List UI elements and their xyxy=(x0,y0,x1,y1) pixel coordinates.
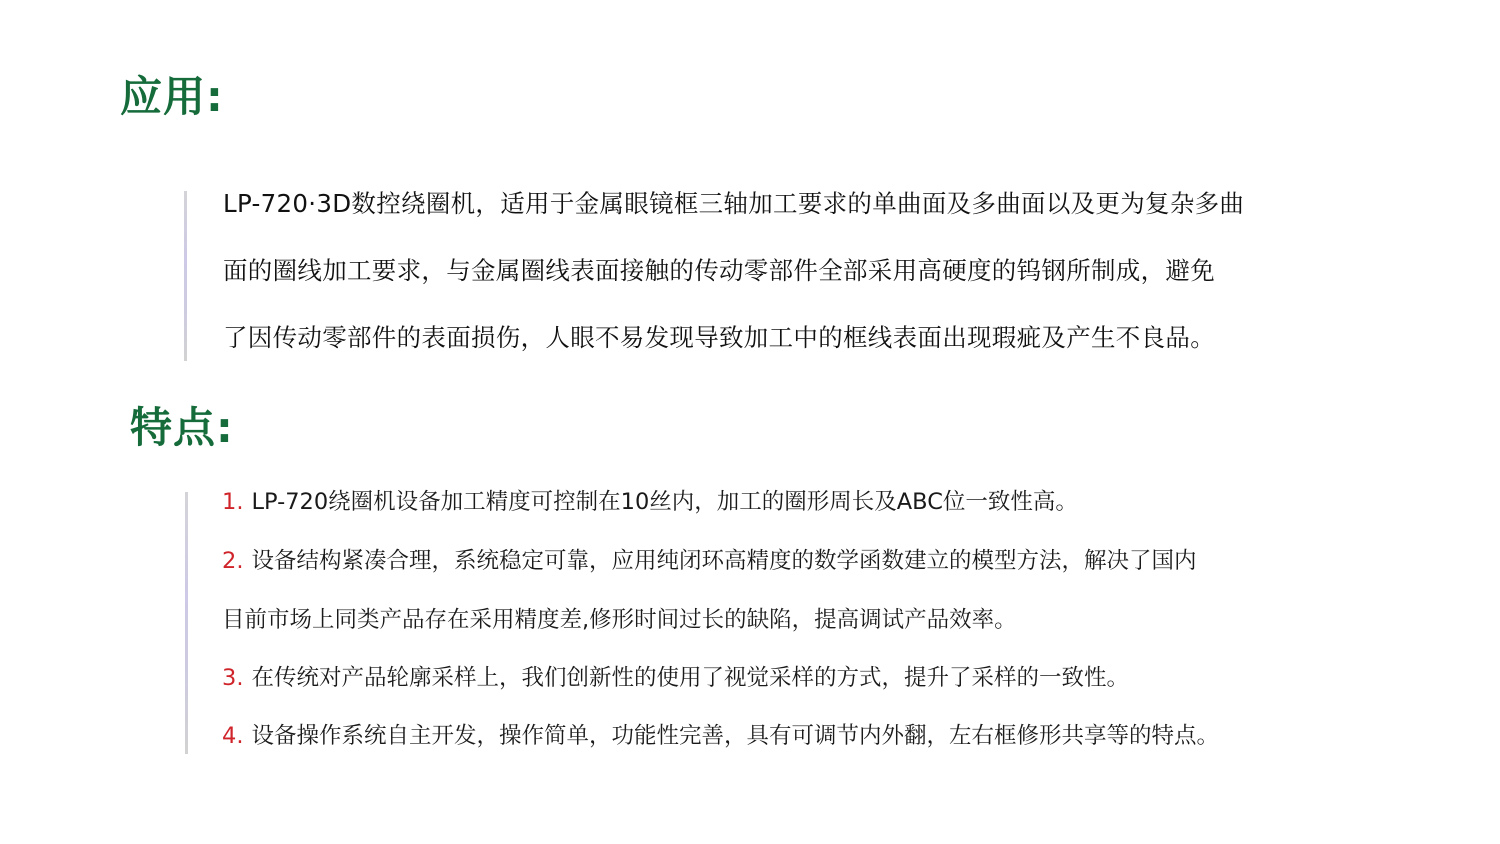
feature-number-4: 4. xyxy=(222,723,243,749)
feature-number-1: 1. xyxy=(222,489,243,515)
feature-item-2: 2.设备结构紧凑合理，系统稳定可靠，应用纯闭环高精度的数学函数建立的模型方法，解… xyxy=(222,550,1196,573)
feature-text-1: LP-720绕圈机设备加工精度可控制在10丝内，加工的圈形周长及ABC位一致性高… xyxy=(251,489,1077,515)
feature-text-4: 设备操作系统自主开发，操作简单，功能性完善，具有可调节内外翻，左右框修形共享等的… xyxy=(251,723,1219,749)
application-heading: 应用: xyxy=(120,76,224,118)
feature-item-4: 4.设备操作系统自主开发，操作简单，功能性完善，具有可调节内外翻，左右框修形共享… xyxy=(222,725,1219,748)
feature-number-2: 2. xyxy=(222,548,243,574)
feature-item-1: 1.LP-720绕圈机设备加工精度可控制在10丝内，加工的圈形周长及ABC位一致… xyxy=(222,491,1078,514)
feature-text-3: 在传统对产品轮廓采样上，我们创新性的使用了视觉采样的方式，提升了采样的一致性。 xyxy=(251,665,1129,691)
application-text-line-1: LP-720·3D数控绕圈机，适用于金属眼镜框三轴加工要求的单曲面及多曲面以及更… xyxy=(223,192,1244,217)
feature-number-3: 3. xyxy=(222,665,243,691)
features-divider xyxy=(185,492,188,754)
application-text-line-3: 了因传动零部件的表面损伤，人眼不易发现导致加工中的框线表面出现瑕疵及产生不良品。 xyxy=(223,326,1215,351)
application-text-line-2: 面的圈线加工要求，与金属圈线表面接触的传动零部件全部采用高硬度的钨钢所制成，避免 xyxy=(223,259,1215,284)
feature-item-2-continuation: 目前市场上同类产品存在采用精度差,修形时间过长的缺陷，提高调试产品效率。 xyxy=(222,609,1017,632)
application-divider xyxy=(184,191,187,361)
features-heading: 特点: xyxy=(130,407,234,449)
feature-text-2: 设备结构紧凑合理，系统稳定可靠，应用纯闭环高精度的数学函数建立的模型方法，解决了… xyxy=(251,548,1196,574)
feature-item-3: 3.在传统对产品轮廓采样上，我们创新性的使用了视觉采样的方式，提升了采样的一致性… xyxy=(222,667,1129,690)
